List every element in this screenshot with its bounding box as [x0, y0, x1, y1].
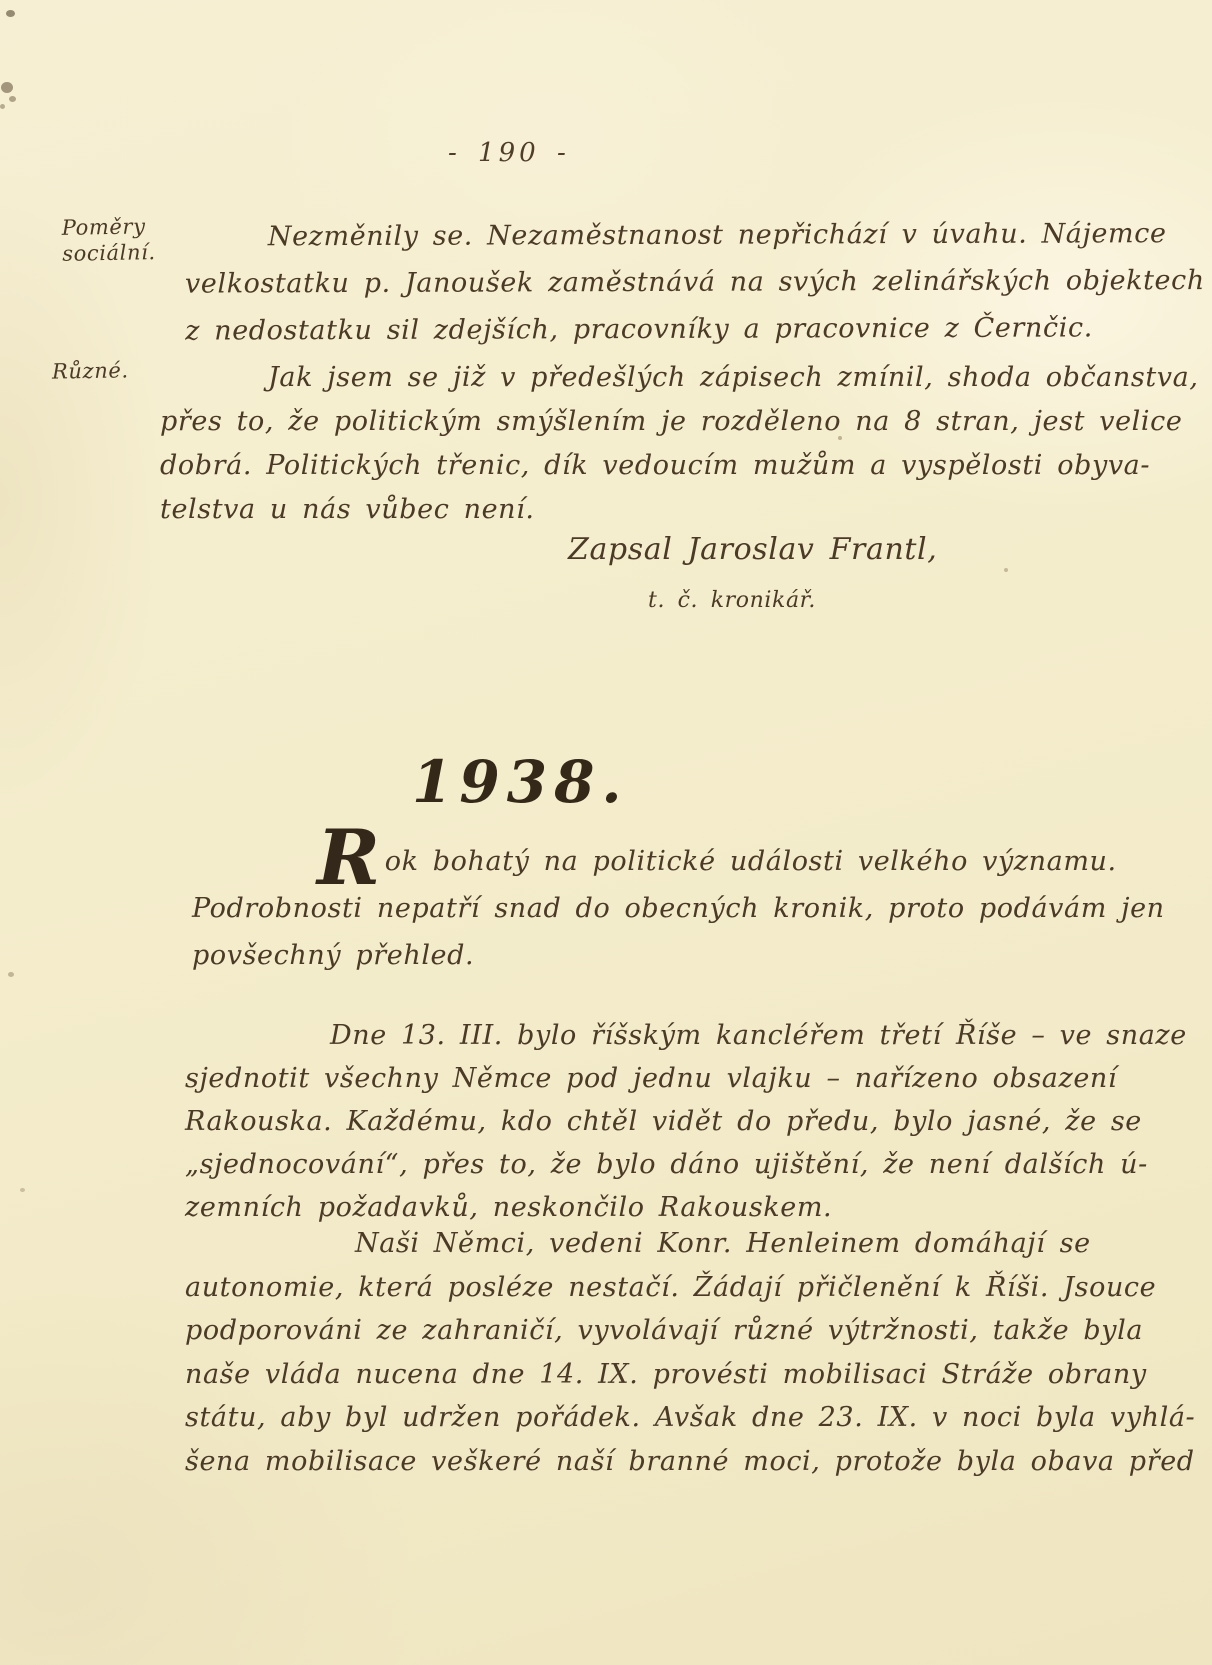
- handwritten-line: z nedostatku sil zdejších, pracovníky a …: [185, 304, 1085, 354]
- margin-note-ruzne: Různé.: [52, 357, 129, 384]
- handwritten-line: Jak jsem se již v předešlých zápisech zm…: [160, 356, 1080, 400]
- handwritten-line: Rok bohatý na politické události velkého…: [192, 838, 1092, 885]
- handwritten-line: telstva u nás vůbec není.: [160, 488, 1080, 532]
- margin-note-pomery-socialni: Poměry sociální.: [62, 213, 156, 267]
- handwritten-line: Dne 13. III. bylo říšským kancléřem třet…: [185, 1014, 1095, 1057]
- page-number: - 190 -: [448, 138, 570, 168]
- year-heading: 1938.: [412, 748, 629, 816]
- handwritten-line: Rakouska. Každému, kdo chtěl vidět do př…: [185, 1100, 1095, 1143]
- handwritten-line: dobrá. Politických třenic, dík vedoucím …: [160, 444, 1080, 488]
- handwritten-line: Nezměnily se. Nezaměstnanost nepřichází …: [185, 210, 1085, 260]
- paper-speck: [6, 10, 15, 17]
- first-line-text: ok bohatý na politické události velkého …: [385, 846, 1117, 877]
- handwritten-line: povšechný přehled.: [192, 932, 1092, 979]
- handwritten-line: velkostatku p. Janoušek zaměstnává na sv…: [185, 257, 1085, 307]
- paragraph-year-intro: Rok bohatý na politické události velkého…: [192, 838, 1092, 979]
- paper-speck: [1, 82, 13, 93]
- handwritten-line: autonomie, která posléze nestačí. Žádají…: [185, 1266, 1095, 1310]
- margin-note-line: Poměry: [62, 213, 156, 241]
- signature-title-line: t. č. kronikář.: [648, 588, 816, 613]
- paragraph-henlein-mobilisation: Naši Němci, vedeni Konr. Henleinem domáh…: [185, 1222, 1095, 1483]
- handwritten-line: Naši Němci, vedeni Konr. Henleinem domáh…: [185, 1222, 1095, 1266]
- signature-name-line: Zapsal Jaroslav Frantl,: [568, 532, 937, 567]
- handwritten-line: státu, aby byl udržen pořádek. Avšak dne…: [185, 1396, 1095, 1440]
- paper-speck: [20, 1188, 25, 1192]
- paper-speck: [0, 104, 5, 109]
- paragraph-march-events: Dne 13. III. bylo říšským kancléřem třet…: [185, 1014, 1095, 1229]
- paragraph-various: Jak jsem se již v předešlých zápisech zm…: [160, 356, 1080, 532]
- handwritten-line: naše vláda nucena dne 14. IX. provésti m…: [185, 1353, 1095, 1397]
- margin-note-line: sociální.: [62, 239, 156, 267]
- chronicle-scanned-page: - 190 - Poměry sociální. Nezměnily se. N…: [0, 0, 1212, 1665]
- handwritten-line: Podrobnosti nepatří snad do obecných kro…: [192, 885, 1092, 932]
- handwritten-line: šena mobilisace veškeré naší branné moci…: [185, 1440, 1095, 1484]
- paper-speck: [1004, 568, 1008, 572]
- handwritten-line: sjednotit všechny Němce pod jednu vlajku…: [185, 1057, 1095, 1100]
- paragraph-social-conditions: Nezměnily se. Nezaměstnanost nepřichází …: [185, 210, 1085, 354]
- paper-speck: [8, 972, 14, 977]
- margin-note-line: Různé.: [52, 357, 129, 384]
- handwritten-line: přes to, že politickým smýšlením je rozd…: [160, 400, 1080, 444]
- handwritten-line: „sjednocování“, přes to, že bylo dáno uj…: [185, 1143, 1095, 1186]
- paper-speck: [9, 96, 16, 102]
- handwritten-line: podporováni ze zahraničí, vyvolávají růz…: [185, 1309, 1095, 1353]
